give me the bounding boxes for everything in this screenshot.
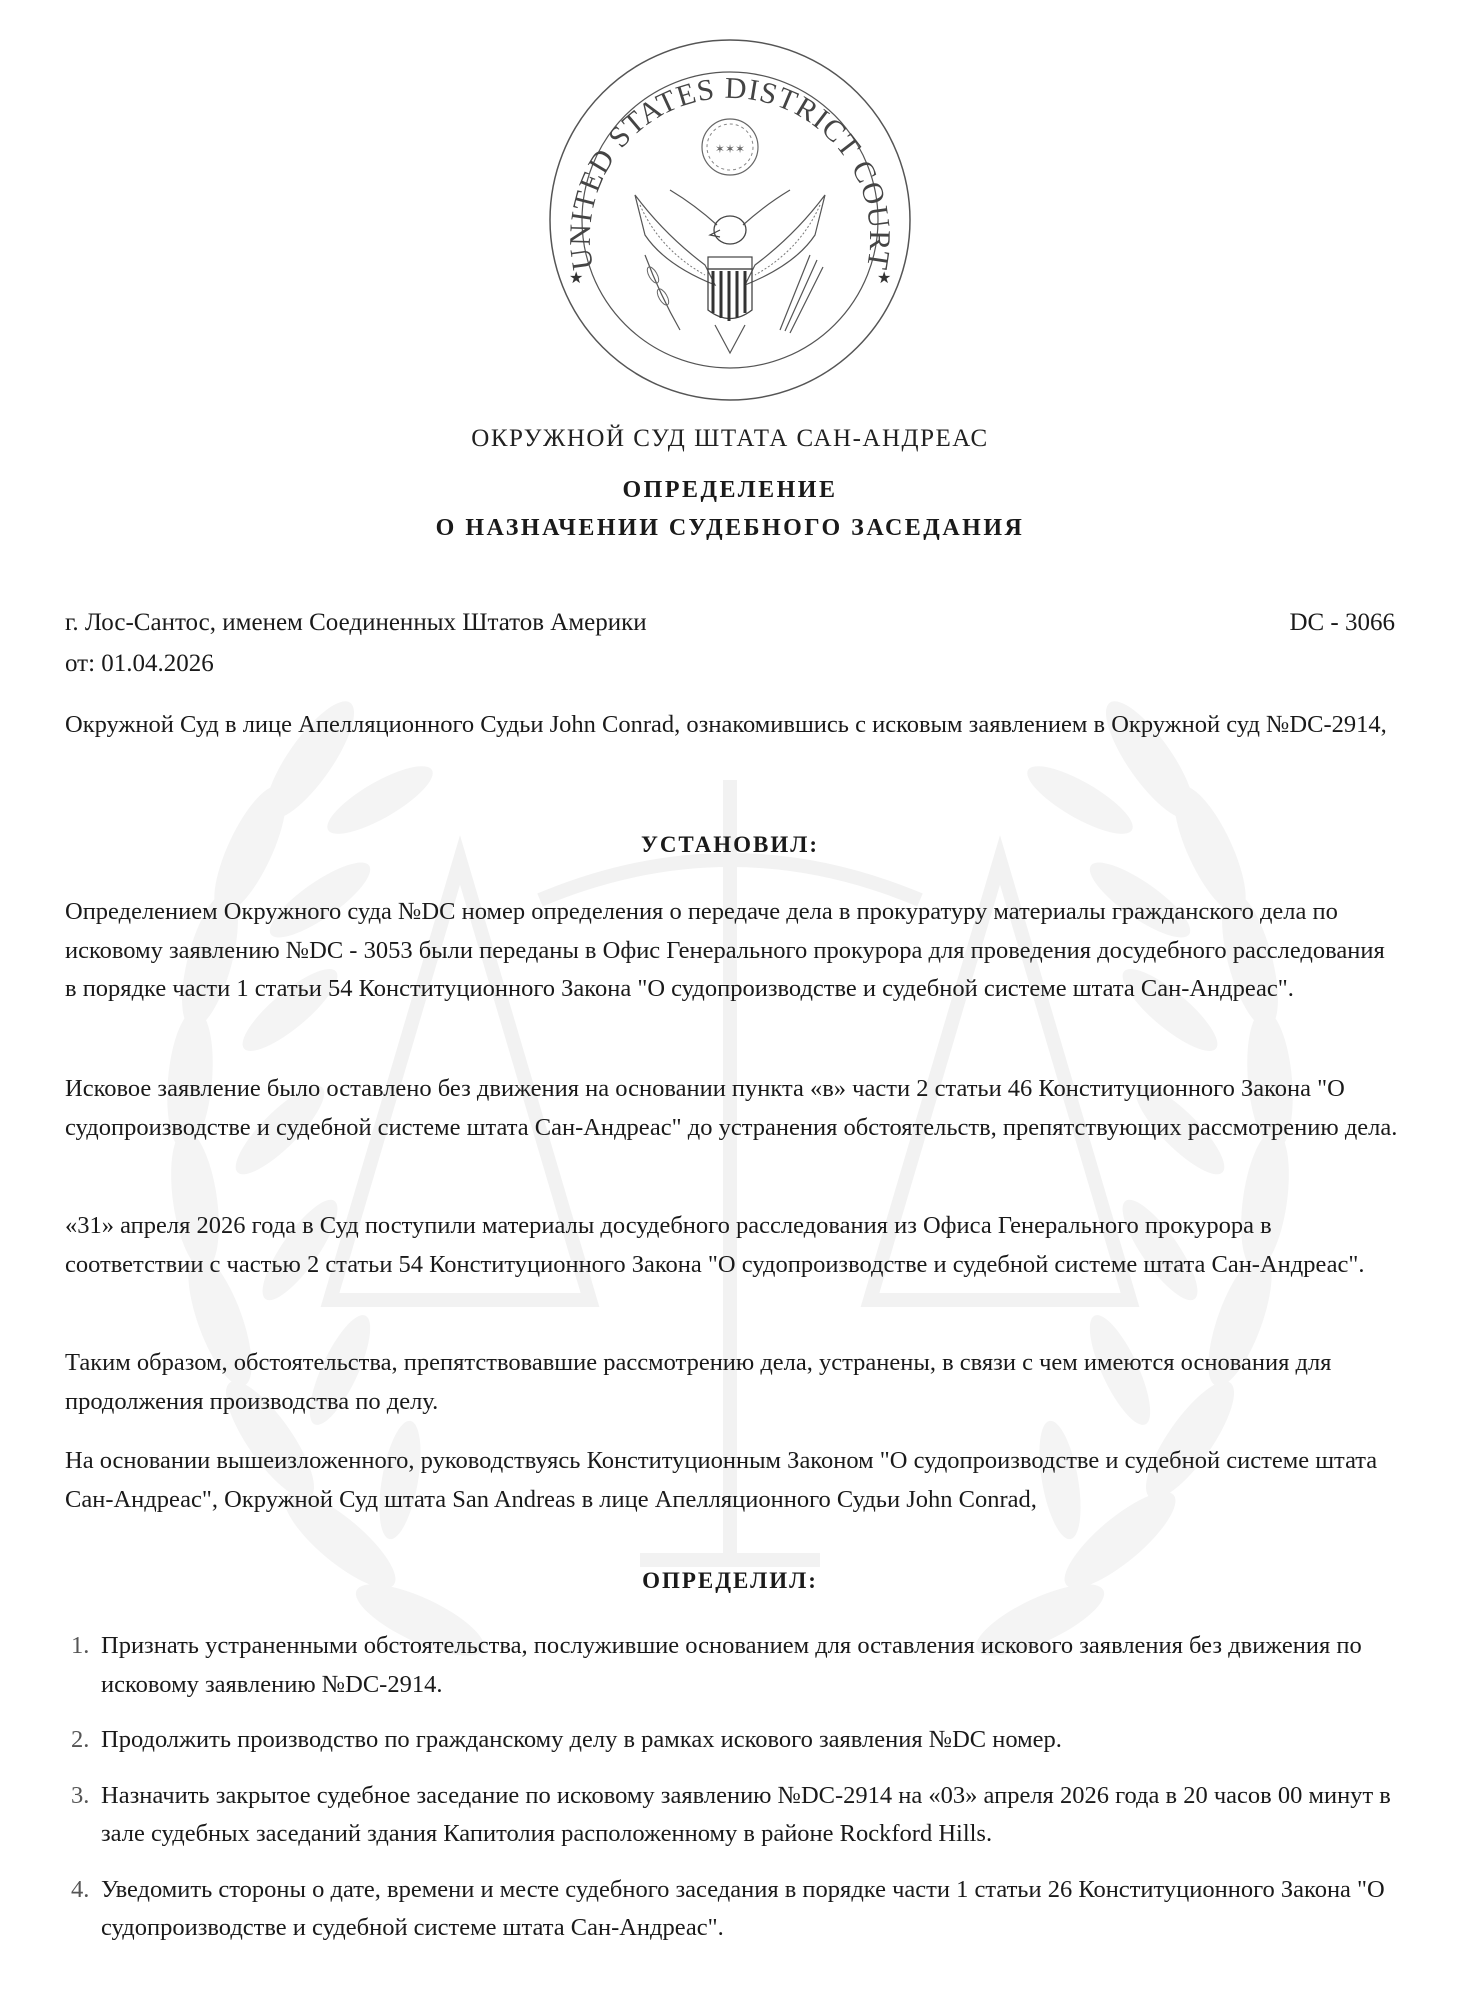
district-court-seal-icon: UNITED STATES DISTRICT COURT ★ ★ ✶✶✶ — [545, 35, 915, 405]
ruling-heading: ОПРЕДЕЛИЛ: — [0, 1568, 1460, 1594]
established-paragraph-4: Таким образом, обстоятельства, препятств… — [65, 1344, 1400, 1421]
ruling-item-number: 2. — [71, 1721, 89, 1760]
ruling-item: 3. Назначить закрытое судебное заседание… — [65, 1777, 1400, 1854]
svg-text:UNITED STATES DISTRICT COURT: UNITED STATES DISTRICT COURT — [564, 72, 896, 273]
ruling-item: 2. Продолжить производство по гражданско… — [65, 1721, 1400, 1760]
seal-star-left-icon: ★ — [569, 270, 583, 287]
city-line: г. Лос-Сантос, именем Соединенных Штатов… — [65, 604, 647, 643]
ruling-item: 1. Признать устраненными обстоятельства,… — [65, 1627, 1400, 1704]
court-order-document: UNITED STATES DISTRICT COURT ★ ★ ✶✶✶ — [0, 0, 1460, 2000]
case-number: DC - 3066 — [1289, 604, 1395, 643]
ruling-item-text: Продолжить производство по гражданскому … — [101, 1726, 1062, 1753]
svg-text:✶✶✶: ✶✶✶ — [715, 142, 745, 156]
ruling-item-text: Назначить закрытое судебное заседание по… — [101, 1782, 1391, 1848]
ruling-item: 4. Уведомить стороны о дате, времени и м… — [65, 1871, 1400, 1948]
established-heading: УСТАНОВИЛ: — [0, 832, 1460, 858]
established-paragraph-3: «31» апреля 2026 года в Суд поступили ма… — [65, 1207, 1400, 1284]
ruling-item-number: 1. — [71, 1627, 89, 1666]
established-paragraph-5: На основании вышеизложенного, руководств… — [65, 1442, 1400, 1519]
document-subtitle: О НАЗНАЧЕНИИ СУДЕБНОГО ЗАСЕДАНИЯ — [0, 515, 1460, 542]
intro-paragraph: Окружной Суд в лице Апелляционного Судьи… — [65, 706, 1400, 745]
established-paragraph-2: Исковое заявление было оставлено без дви… — [65, 1070, 1400, 1147]
ruling-list: 1. Признать устраненными обстоятельства,… — [65, 1627, 1400, 1965]
date-line: от: 01.04.2026 — [65, 645, 214, 684]
ruling-item-text: Признать устраненными обстоятельства, по… — [101, 1632, 1362, 1698]
seal-star-right-icon: ★ — [877, 270, 891, 287]
ruling-item-text: Уведомить стороны о дате, времени и мест… — [101, 1876, 1385, 1942]
established-paragraph-1: Определением Окружного суда №DC номер оп… — [65, 893, 1400, 1009]
court-name: ОКРУЖНОЙ СУД ШТАТА САН-АНДРЕАС — [0, 425, 1460, 453]
ruling-item-number: 3. — [71, 1777, 89, 1816]
document-title: ОПРЕДЕЛЕНИЕ — [0, 477, 1460, 504]
ruling-item-number: 4. — [71, 1871, 89, 1910]
